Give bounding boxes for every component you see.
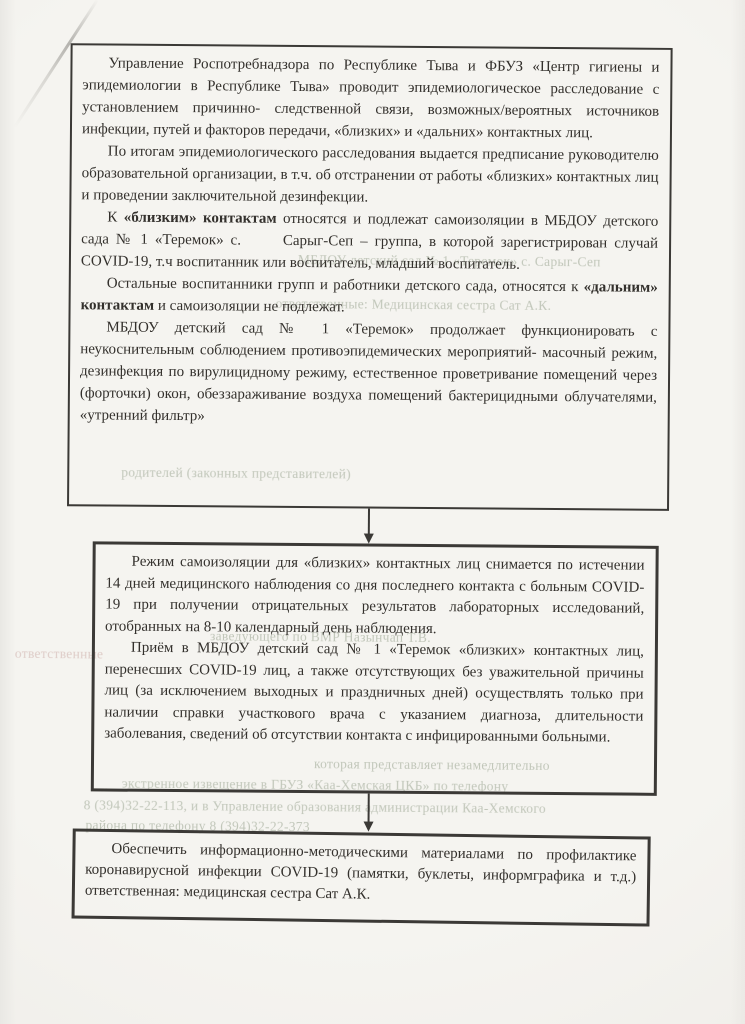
flow-box-information-materials: Обеспечить информационно-методическими м…: [72, 828, 651, 926]
paragraph: МБДОУ детский сад № 1 «Теремок» продолжа…: [80, 316, 658, 431]
paragraph: Режим самоизоляции для «близких» контакт…: [105, 552, 645, 642]
paragraph: Остальные воспитанники групп и работники…: [81, 272, 658, 321]
arrow-down-connector-1: [368, 509, 370, 535]
scanned-page: { "page": { "kind": "scanned paper docum…: [0, 0, 745, 1024]
flowchart: МБДОУ детский сад № 1 «Теремок» с. Сарыг…: [0, 0, 745, 1024]
paragraph: Обеспечить информационно-методическими м…: [85, 839, 637, 910]
paragraph: По итогам эпидемиологического расследова…: [81, 140, 659, 211]
scan-background: МБДОУ детский сад № 1 «Теремок» с. Сарыг…: [0, 0, 745, 1024]
arrow-down-connector-2: [368, 794, 370, 823]
bleedthrough-text: ответственные: [15, 646, 104, 663]
flow-box-self-isolation-rules: Режим самоизоляции для «близких» контакт…: [91, 541, 659, 795]
paragraph: Приём в МБДОУ детский сад № 1 «Теремок «…: [104, 638, 644, 750]
paragraph: Управление Роспотребнадзора по Республик…: [82, 52, 660, 145]
flow-box-epidemiological-investigation: Управление Роспотребнадзора по Республик…: [67, 43, 673, 511]
paragraph: К «близким» контактам относятся и подлеж…: [81, 206, 659, 277]
bleedthrough-text: 8 (394)32-22-113, и в Управление образов…: [84, 797, 546, 817]
